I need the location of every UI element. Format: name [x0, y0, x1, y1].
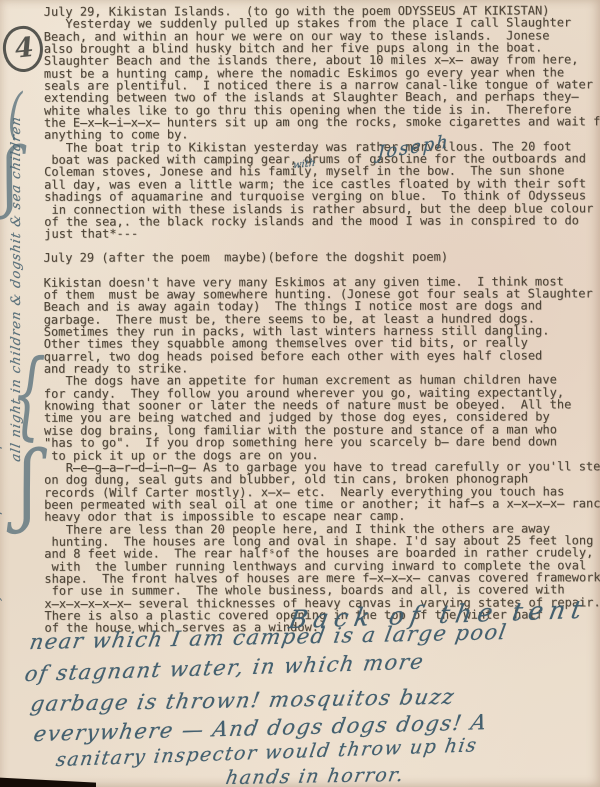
margin-note-outer: down & feather & spruce & pond & steel &… — [0, 300, 3, 663]
page-number: 4 — [13, 32, 35, 65]
margin-squiggle-mark: { — [11, 345, 46, 443]
typed-entry-1: July 29, Kikistan Islands. (to go with t… — [44, 4, 600, 240]
scanned-typescript-page: 4 July 29, Kikistan Islands. (to go with… — [0, 0, 600, 787]
page-number-badge: 4 — [0, 23, 47, 75]
typed-entry-2: July 29 (after the poem maybe)(before th… — [44, 250, 600, 634]
handwritten-line: garbage is thrown! mosquitos buzz — [29, 685, 457, 716]
handwritten-line: hands in horror. — [224, 764, 406, 787]
scan-corner-artifact — [0, 776, 96, 787]
margin-squiggle-mark: ʃ — [17, 440, 39, 529]
margin-squiggle-mark: ʃ — [0, 138, 20, 215]
handwritten-line: of stagnant water, in which more — [23, 649, 426, 686]
